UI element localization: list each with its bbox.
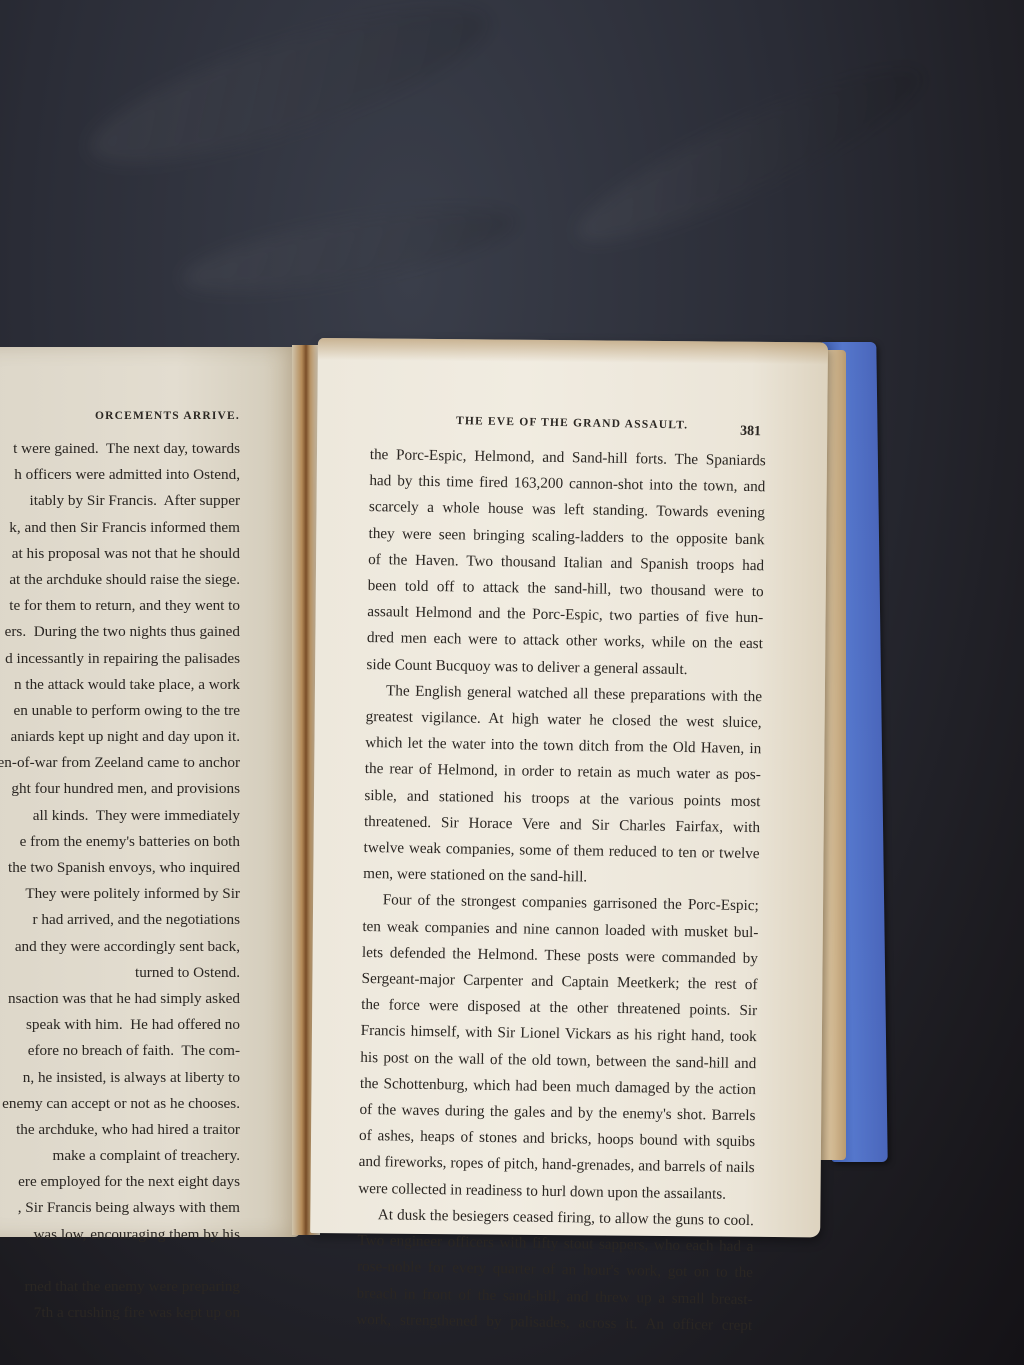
- text-line: 7th a crushing fire was kept up on: [0, 1300, 240, 1326]
- text-line: t were gained. The next day, towards: [0, 436, 240, 462]
- text-line: enemy can accept or not as he chooses.: [0, 1091, 240, 1117]
- text-line: the two Spanish envoys, who inquired: [0, 855, 240, 881]
- text-line: ere employed for the next eight days: [0, 1169, 240, 1195]
- running-head-left: ORCEMENTS ARRIVE.: [0, 410, 240, 422]
- text-line: at his proposal was not that he should: [0, 541, 240, 567]
- text-line: k, and then Sir Francis informed them: [0, 515, 240, 541]
- text-line: the archduke, who had hired a traitor: [0, 1117, 240, 1143]
- text-line: e from the enemy's batteries on both: [0, 829, 240, 855]
- text-line: aniards kept up night and day upon it.: [0, 724, 240, 750]
- page-number: 381: [740, 424, 761, 440]
- text-line: and they were accordingly sent back,: [0, 934, 240, 960]
- right-page-body: the Porc-Espic, Helmond, and Sand-hill f…: [356, 442, 766, 1339]
- text-line: efore no breach of faith. The com-: [0, 1038, 240, 1064]
- text-line: en-of-war from Zeeland came to anchor: [0, 750, 240, 776]
- text-line: en unable to perform owing to the tre: [0, 698, 240, 724]
- text-line: n the attack would take place, a work: [0, 672, 240, 698]
- left-page-body: t were gained. The next day, towardsh of…: [0, 436, 240, 1326]
- text-line: nsaction was that he had simply asked: [0, 986, 240, 1012]
- text-line: They were politely informed by Sir: [0, 881, 240, 907]
- text-line: h officers were admitted into Ostend,: [0, 462, 240, 488]
- text-line: all kinds. They were immediately: [0, 803, 240, 829]
- left-page-text-clip: ORCEMENTS ARRIVE. t were gained. The nex…: [0, 0, 240, 1365]
- text-line: rned that the enemy were preparing: [0, 1274, 240, 1300]
- text-line: was low, encouraging them by his: [0, 1222, 240, 1248]
- text-line: ers. During the two nights thus gained: [0, 619, 240, 645]
- photo-scene: ORCEMENTS ARRIVE. t were gained. The nex…: [0, 0, 1024, 1365]
- text-line: [0, 1248, 240, 1274]
- text-line: work, strengthened by palisades, across …: [356, 1307, 752, 1339]
- text-line: , Sir Francis being always with them: [0, 1195, 240, 1221]
- text-line: make a complaint of treachery.: [0, 1143, 240, 1169]
- text-line: r had arrived, and the negotiations: [0, 907, 240, 933]
- text-line: speak with him. He had offered no: [0, 1012, 240, 1038]
- fabric-fold: [563, 43, 937, 267]
- text-line: n, he insisted, is always at liberty to: [0, 1065, 240, 1091]
- text-line: at the archduke should raise the siege.: [0, 567, 240, 593]
- text-line: itably by Sir Francis. After supper: [0, 488, 240, 514]
- text-line: ght four hundred men, and provisions: [0, 776, 240, 802]
- text-line: turned to Ostend.: [0, 960, 240, 986]
- left-running-head: ORCEMENTS ARRIVE.: [0, 410, 240, 422]
- text-line: d incessantly in repairing the palisades: [0, 646, 240, 672]
- text-line: te for them to return, and they went to: [0, 593, 240, 619]
